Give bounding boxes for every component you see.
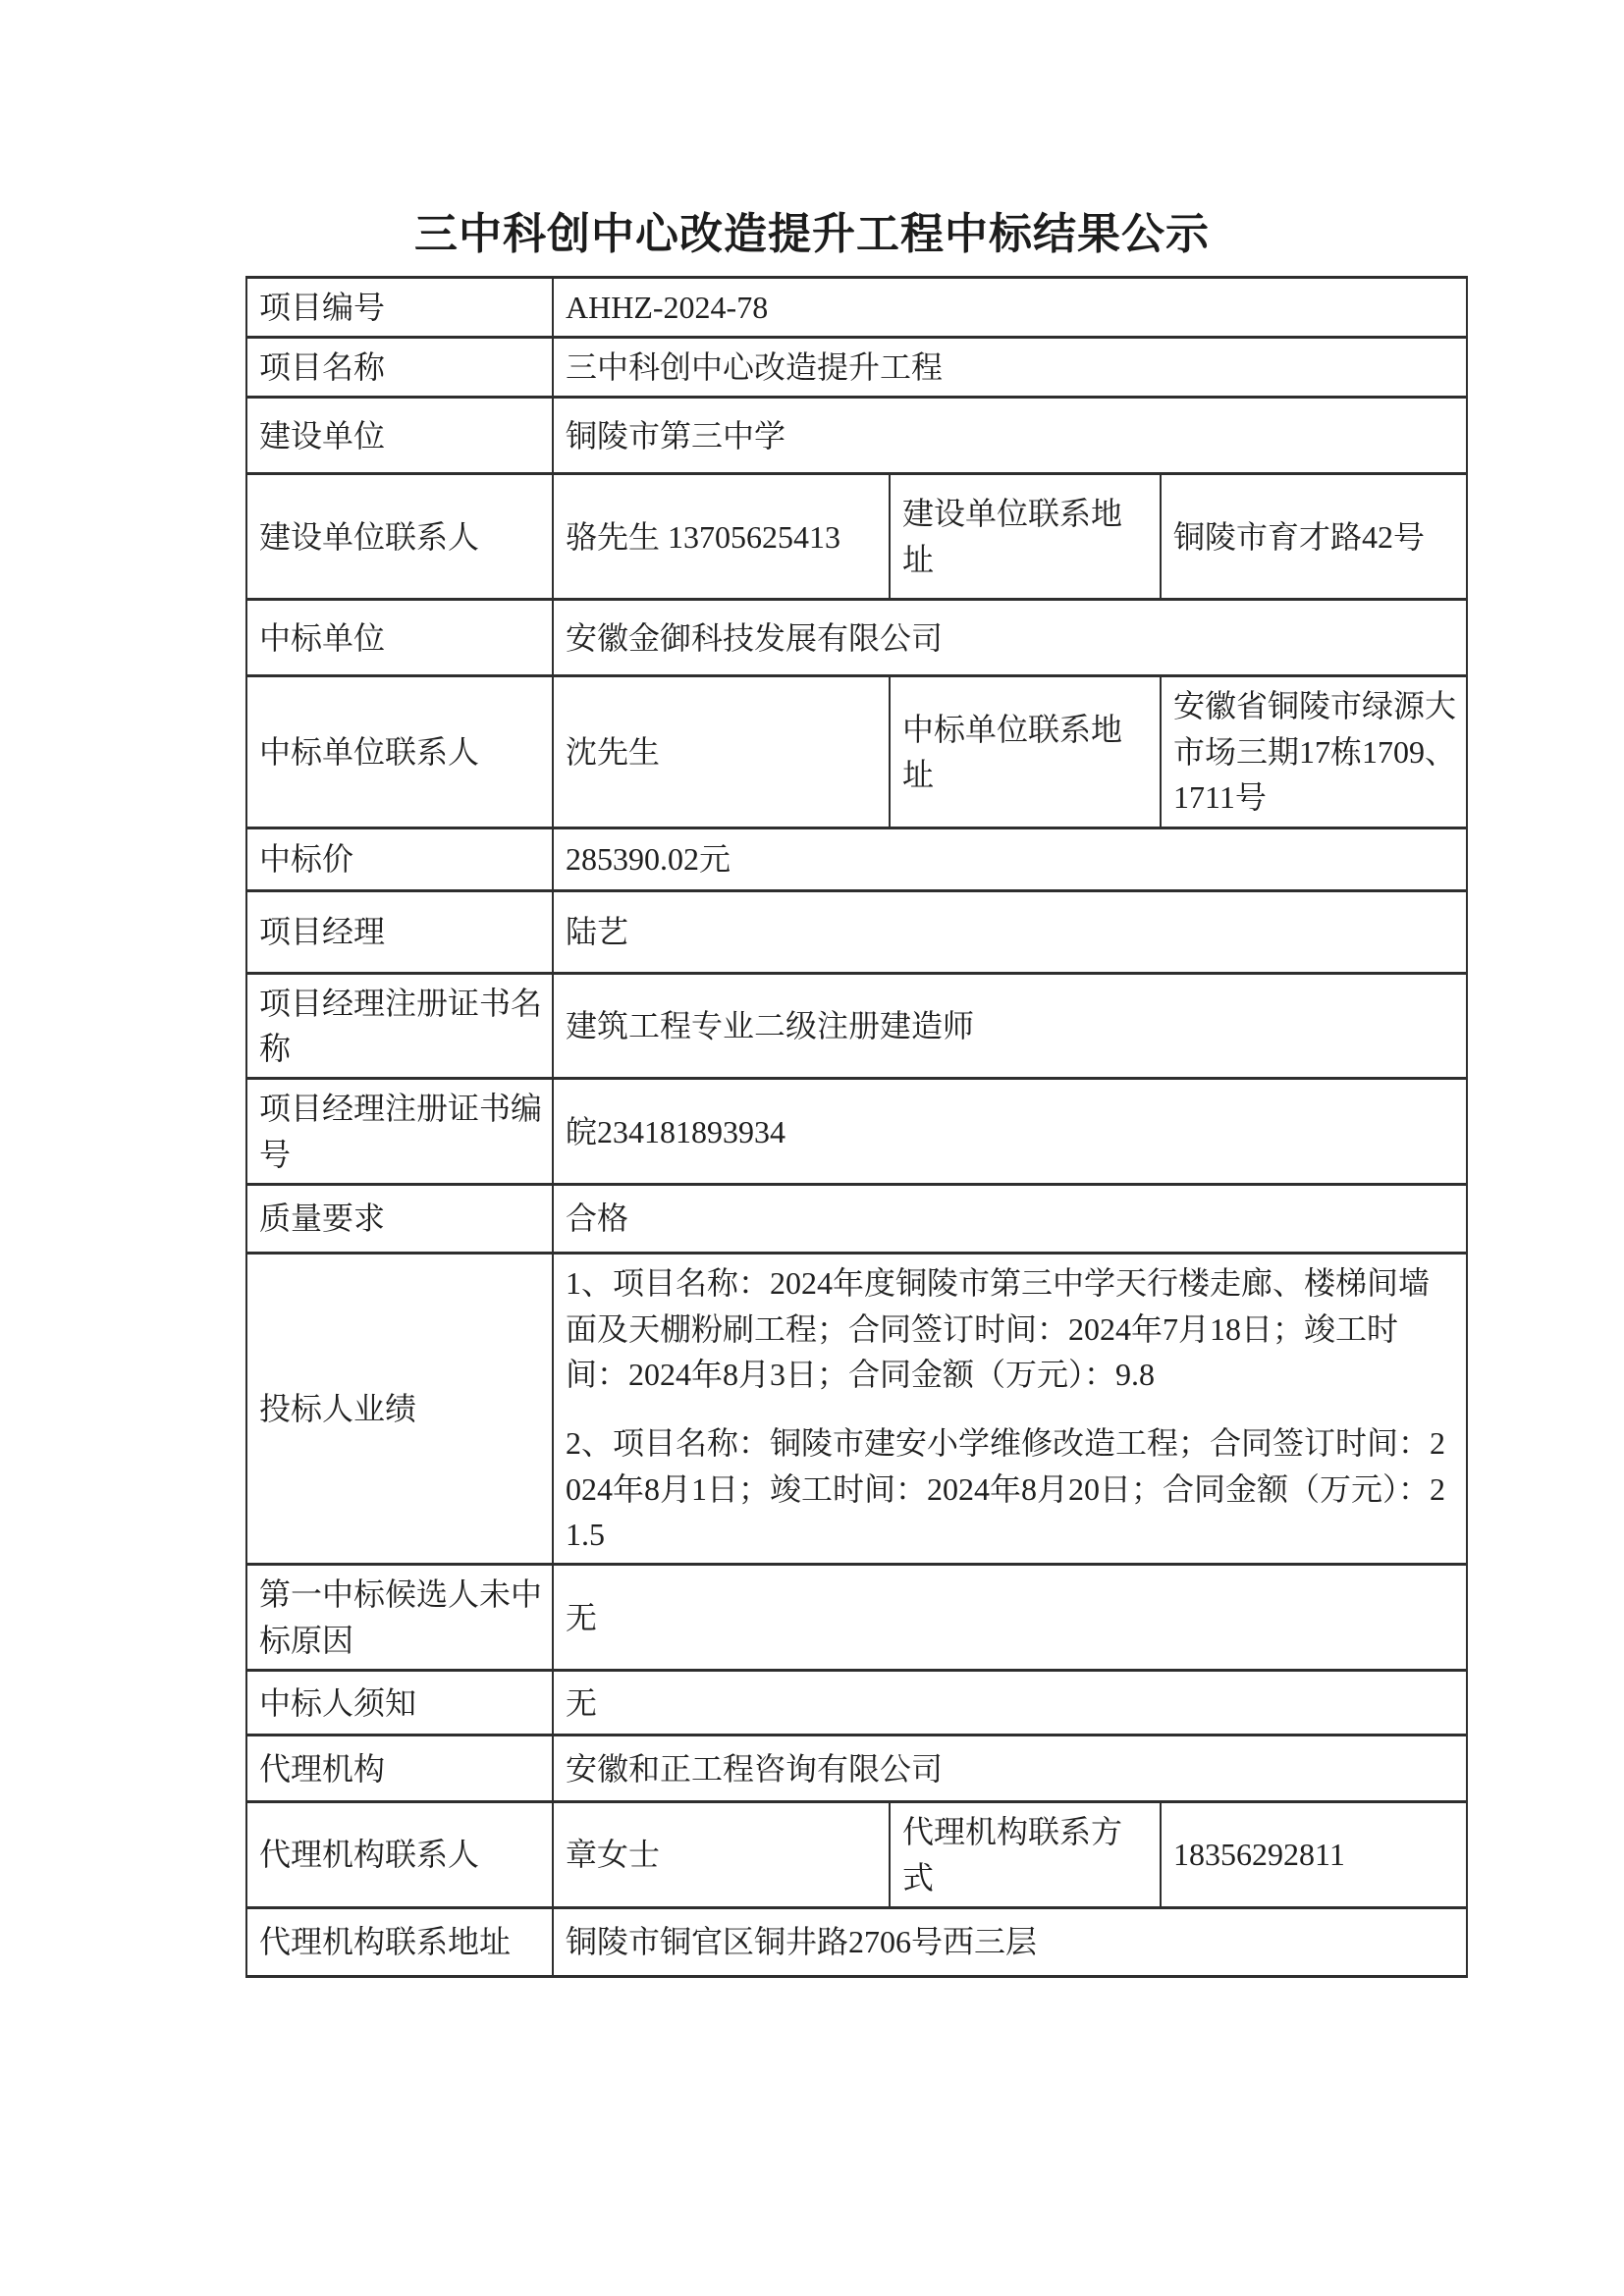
row-label: 第一中标候选人未中标原因 bbox=[246, 1565, 553, 1671]
row-label: 代理机构联系地址 bbox=[246, 1908, 553, 1977]
table-row: 代理机构联系地址 铜陵市铜官区铜井路2706号西三层 bbox=[246, 1908, 1467, 1977]
table-row: 项目编号 AHHZ-2024-78 bbox=[246, 277, 1467, 337]
document-page: 三中科创中心改造提升工程中标结果公示 项目编号 AHHZ-2024-78 项目名… bbox=[0, 0, 1624, 2296]
row-label: 质量要求 bbox=[246, 1185, 553, 1254]
row-label: 代理机构 bbox=[246, 1735, 553, 1802]
row-value: 1、项目名称：2024年度铜陵市第三中学天行楼走廊、楼梯间墙面及天棚粉刷工程；合… bbox=[553, 1254, 1467, 1565]
row-value: 铜陵市育才路42号 bbox=[1161, 474, 1467, 600]
table-row: 项目名称 三中科创中心改造提升工程 bbox=[246, 337, 1467, 397]
row-value: 章女士 bbox=[553, 1802, 890, 1908]
table-row: 投标人业绩 1、项目名称：2024年度铜陵市第三中学天行楼走廊、楼梯间墙面及天棚… bbox=[246, 1254, 1467, 1565]
table-row: 建设单位 铜陵市第三中学 bbox=[246, 398, 1467, 474]
table-row: 中标人须知 无 bbox=[246, 1671, 1467, 1735]
row-label: 中标单位 bbox=[246, 600, 553, 676]
row-value: 无 bbox=[553, 1671, 1467, 1735]
table-row: 项目经理 陆艺 bbox=[246, 890, 1467, 973]
table-row: 中标价 285390.02元 bbox=[246, 828, 1467, 890]
row-label: 中标单位联系人 bbox=[246, 676, 553, 828]
row-label: 建设单位 bbox=[246, 398, 553, 474]
row-label: 项目名称 bbox=[246, 337, 553, 397]
table-row: 质量要求 合格 bbox=[246, 1185, 1467, 1254]
row-value: 安徽金御科技发展有限公司 bbox=[553, 600, 1467, 676]
page-title: 三中科创中心改造提升工程中标结果公示 bbox=[0, 0, 1624, 260]
row-label: 中标单位联系地址 bbox=[890, 676, 1161, 828]
row-label: 建设单位联系人 bbox=[246, 474, 553, 600]
row-value: 骆先生 13705625413 bbox=[553, 474, 890, 600]
row-value: 铜陵市铜官区铜井路2706号西三层 bbox=[553, 1908, 1467, 1977]
row-label: 中标人须知 bbox=[246, 1671, 553, 1735]
row-value: 铜陵市第三中学 bbox=[553, 398, 1467, 474]
table-row: 代理机构 安徽和正工程咨询有限公司 bbox=[246, 1735, 1467, 1802]
row-value: 三中科创中心改造提升工程 bbox=[553, 337, 1467, 397]
performance-item: 2、项目名称：铜陵市建安小学维修改造工程；合同签订时间：2024年8月1日；竣工… bbox=[566, 1420, 1458, 1557]
row-label: 项目经理注册证书名称 bbox=[246, 973, 553, 1079]
bid-result-table: 项目编号 AHHZ-2024-78 项目名称 三中科创中心改造提升工程 建设单位… bbox=[245, 276, 1468, 1978]
row-label: 投标人业绩 bbox=[246, 1254, 553, 1565]
row-value: 合格 bbox=[553, 1185, 1467, 1254]
row-label: 代理机构联系方式 bbox=[890, 1802, 1161, 1908]
row-label: 中标价 bbox=[246, 828, 553, 890]
row-value: 安徽省铜陵市绿源大市场三期17栋1709、1711号 bbox=[1161, 676, 1467, 828]
row-label: 建设单位联系地址 bbox=[890, 474, 1161, 600]
row-label: 项目经理 bbox=[246, 890, 553, 973]
table-row: 第一中标候选人未中标原因 无 bbox=[246, 1565, 1467, 1671]
table-row: 代理机构联系人 章女士 代理机构联系方式 18356292811 bbox=[246, 1802, 1467, 1908]
row-value: 建筑工程专业二级注册建造师 bbox=[553, 973, 1467, 1079]
row-label: 代理机构联系人 bbox=[246, 1802, 553, 1908]
row-value: 18356292811 bbox=[1161, 1802, 1467, 1908]
table-row: 项目经理注册证书编号 皖234181893934 bbox=[246, 1079, 1467, 1185]
table-row: 中标单位 安徽金御科技发展有限公司 bbox=[246, 600, 1467, 676]
row-label: 项目编号 bbox=[246, 277, 553, 337]
performance-item: 1、项目名称：2024年度铜陵市第三中学天行楼走廊、楼梯间墙面及天棚粉刷工程；合… bbox=[566, 1260, 1458, 1397]
table-row: 项目经理注册证书名称 建筑工程专业二级注册建造师 bbox=[246, 973, 1467, 1079]
table-row: 建设单位联系人 骆先生 13705625413 建设单位联系地址 铜陵市育才路4… bbox=[246, 474, 1467, 600]
row-value: 沈先生 bbox=[553, 676, 890, 828]
row-label: 项目经理注册证书编号 bbox=[246, 1079, 553, 1185]
row-value: 无 bbox=[553, 1565, 1467, 1671]
table-row: 中标单位联系人 沈先生 中标单位联系地址 安徽省铜陵市绿源大市场三期17栋170… bbox=[246, 676, 1467, 828]
row-value: 陆艺 bbox=[553, 890, 1467, 973]
row-value: 皖234181893934 bbox=[553, 1079, 1467, 1185]
row-value: 安徽和正工程咨询有限公司 bbox=[553, 1735, 1467, 1802]
row-value: 285390.02元 bbox=[553, 828, 1467, 890]
row-value: AHHZ-2024-78 bbox=[553, 277, 1467, 337]
